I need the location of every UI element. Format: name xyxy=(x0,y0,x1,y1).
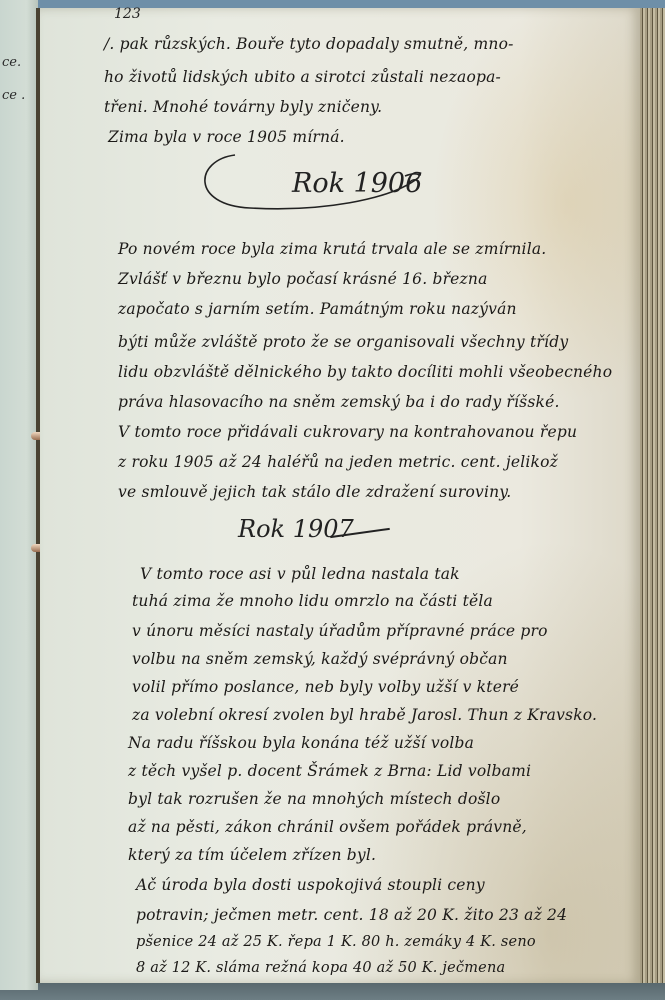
text-line: byl tak rozrušen že na mnohých místech d… xyxy=(128,790,500,808)
section-heading: Rok 1907 xyxy=(238,515,354,543)
text-line: v únoru měsíci nastaly úřadům přípravné … xyxy=(132,622,548,640)
text-line: V tomto roce asi v půl ledna nastala tak xyxy=(140,565,460,583)
text-line: lidu obzvláště dělnického by takto docíl… xyxy=(118,363,612,381)
left-page-fragment: ce . xyxy=(2,88,25,103)
text-line: Zima byla v roce 1905 mírná. xyxy=(108,128,345,146)
text-line: pšenice 24 až 25 K. řepa 1 K. 80 h. zemá… xyxy=(136,934,536,950)
text-line: Zvlášť v březnu bylo počasí krásné 16. b… xyxy=(118,270,488,288)
text-line: až na pěsti, zákon chránil ovšem pořádek… xyxy=(128,818,527,836)
text-line: ve smlouvě jejich tak stálo dle zdražení… xyxy=(118,483,511,501)
text-line: tuhá zima že mnoho lidu omrzlo na části … xyxy=(132,592,493,610)
text-line: z roku 1905 až 24 haléřů na jeden metric… xyxy=(118,453,558,471)
text-line: za volební okresí zvolen byl hrabě Jaros… xyxy=(132,706,597,724)
section-heading: Rok 1906 xyxy=(292,168,422,199)
text-line: V tomto roce přidávali cukrovary na kont… xyxy=(118,423,577,441)
text-line: práva hlasovacího na sněm zemský ba i do… xyxy=(118,393,560,411)
text-line: býti může zvláště proto že se organisova… xyxy=(118,333,568,351)
text-line: Po novém roce byla zima krutá trvala ale… xyxy=(118,240,546,258)
page-stack-edges xyxy=(640,8,665,983)
text-line: třeni. Mnohé továrny byly zničeny. xyxy=(104,98,382,116)
text-line: ho životů lidských ubito a sirotci zůsta… xyxy=(104,68,501,86)
text-line: započato s jarním setím. Památným roku n… xyxy=(118,300,517,318)
left-page-fragment: ce. xyxy=(2,55,21,70)
text-line: 8 až 12 K. sláma režná kopa 40 až 50 K. … xyxy=(136,960,505,976)
text-line: volbu na sněm zemský, každý svéprávný ob… xyxy=(132,650,508,668)
text-line: Ač úroda byla dosti uspokojivá stoupli c… xyxy=(136,876,485,894)
text-line: /. pak růzských. Bouře tyto dopadaly smu… xyxy=(104,35,514,53)
page-number: 123 xyxy=(114,6,141,22)
text-line: který za tím účelem zřízen byl. xyxy=(128,846,376,864)
text-line: Na radu říšskou byla konána též užší vol… xyxy=(128,734,474,752)
left-page-edge: ce. ce . xyxy=(0,0,38,990)
text-line: potravin; ječmen metr. cent. 18 až 20 K.… xyxy=(136,906,567,924)
text-line: z těch vyšel p. docent Šrámek z Brna: Li… xyxy=(128,762,531,780)
text-line: volil přímo poslance, neb byly volby užš… xyxy=(132,678,519,696)
